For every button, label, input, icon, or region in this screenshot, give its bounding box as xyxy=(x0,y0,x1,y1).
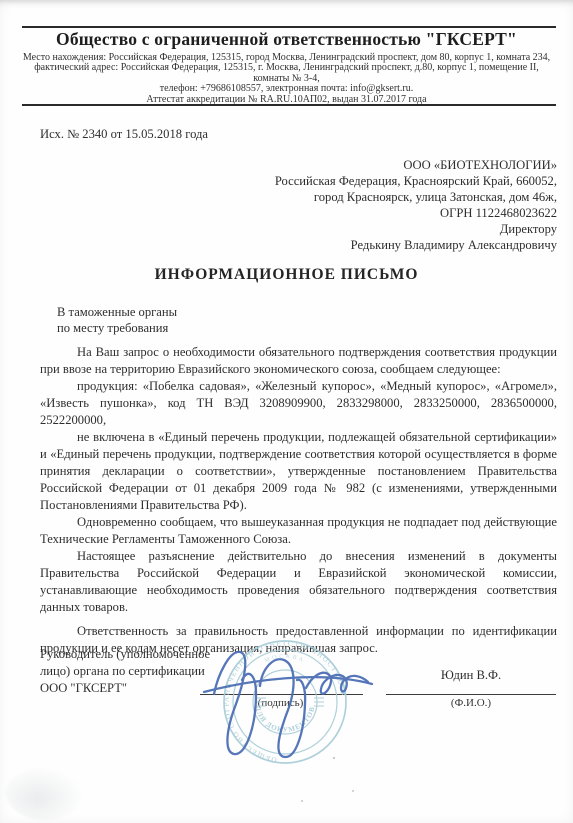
addressee-line: по месту требования xyxy=(57,320,177,336)
body-paragraph: Одновременно сообщаем, что вышеуказанная… xyxy=(40,514,557,548)
letter-document: Общество с ограниченной ответственностью… xyxy=(0,0,573,823)
fio-caption: (Ф.И.О.) xyxy=(386,697,556,709)
fio-underline xyxy=(386,694,556,695)
addressee-block: В таможенные органы по месту требования xyxy=(57,304,177,336)
body-paragraph: Настоящее разъяснение действительно до в… xyxy=(40,548,557,616)
recipient-line: ООО «БИОТЕХНОЛОГИИ» xyxy=(275,158,557,174)
body-paragraph: На Ваш запрос о необходимости обязательн… xyxy=(40,344,557,378)
org-name: Общество с ограниченной ответственностью… xyxy=(0,29,573,50)
letterhead-address: Место нахождения: Российская Федерация, … xyxy=(0,53,573,105)
letter-body: На Ваш запрос о необходимости обязательн… xyxy=(40,344,557,657)
signature-left-line: ООО "ГКСЕРТ" xyxy=(40,680,210,697)
fio-value: Юдин В.Ф. xyxy=(386,668,556,683)
addressee-line: В таможенные органы xyxy=(57,304,177,320)
scan-speckle xyxy=(333,757,335,759)
scan-speckle xyxy=(55,646,58,648)
scan-speckle xyxy=(301,800,303,802)
recipient-line: Директору xyxy=(275,222,557,238)
recipient-line: Российская Федерация, Красноярский Край,… xyxy=(275,174,557,190)
signature-left-title: Руководитель (уполномоченное лицо) орган… xyxy=(40,646,210,697)
body-paragraph: не включена в «Единый перечень продукции… xyxy=(40,429,557,514)
recipient-block: ООО «БИОТЕХНОЛОГИИ» Российская Федерация… xyxy=(275,158,557,253)
signature-left-line: лицо) органа по сертификации xyxy=(40,663,210,680)
letterhead-top-rule xyxy=(22,26,556,28)
scan-speckle xyxy=(352,790,354,792)
letterhead-bottom-rule xyxy=(22,104,556,106)
recipient-line: город Красноярск, улица Затонская, дом 4… xyxy=(275,190,557,206)
letter-title: ИНФОРМАЦИОННОЕ ПИСЬМО xyxy=(0,266,573,284)
round-stamp-and-signature: ОБЩЕСТВО С ОГРАНИЧЕННОЙ ОТВЕТСТВЕННОСТЬЮ… xyxy=(200,628,380,784)
ref-number: Исх. № 2340 от 15.05.2018 года xyxy=(40,127,208,142)
signature-left-line: Руководитель (уполномоченное xyxy=(40,646,210,663)
body-paragraph: продукция: «Побелка садовая», «Железный … xyxy=(40,378,557,429)
recipient-line: Редькину Владимиру Александровичу xyxy=(275,238,557,254)
recipient-line: ОГРН 1122468023622 xyxy=(275,206,557,222)
scan-smudge xyxy=(6,766,84,820)
